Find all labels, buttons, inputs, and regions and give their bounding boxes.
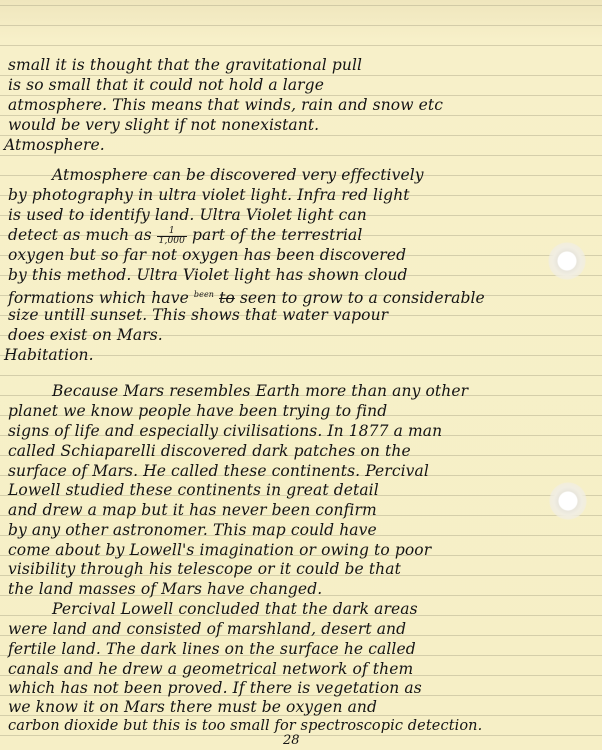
text-line: come about by Lowell's imagination or ow… — [8, 541, 596, 559]
text-fragment: formations which have — [8, 289, 189, 307]
section-heading-atmosphere: Atmosphere. — [4, 136, 596, 154]
text-line: canals and he drew a geometrical network… — [8, 660, 596, 678]
text-line: planet we know people have been trying t… — [8, 402, 596, 420]
text-line-with-fraction: detect as much as 1 1,000 part of the te… — [8, 226, 596, 246]
text-line-with-correction: formations which have been to seen to gr… — [8, 286, 596, 307]
text-fragment: detect as much as — [8, 226, 152, 244]
text-line: we know it on Mars there must be oxygen … — [8, 698, 596, 716]
text-line: Percival Lowell concluded that the dark … — [52, 600, 596, 618]
text-line: is used to identify land. Ultra Violet l… — [8, 206, 596, 224]
section-heading-habitation: Habitation. — [4, 346, 596, 364]
text-line: and drew a map but it has never been con… — [8, 501, 596, 519]
text-line: small it is thought that the gravitation… — [8, 56, 596, 74]
text-line: were land and consisted of marshland, de… — [8, 620, 596, 638]
text-line: is so small that it could not hold a lar… — [8, 76, 596, 94]
text-line: by this method. Ultra Violet light has s… — [8, 266, 596, 284]
fraction-denominator: 1,000 — [157, 237, 187, 246]
inserted-correction: been — [194, 290, 214, 299]
text-line: Because Mars resembles Earth more than a… — [52, 382, 596, 400]
fraction: 1 1,000 — [157, 227, 187, 246]
struck-word: to — [219, 289, 235, 307]
text-fragment: seen to grow to a considerable — [240, 289, 485, 307]
text-line: Atmosphere can be discovered very effect… — [52, 166, 596, 184]
fraction-numerator: 1 — [157, 227, 187, 237]
text-line: by photography in ultra violet light. In… — [8, 186, 596, 204]
text-line: signs of life and especially civilisatio… — [8, 422, 596, 440]
text-line: oxygen but so far not oxygen has been di… — [8, 246, 596, 264]
notebook-page: small it is thought that the gravitation… — [0, 0, 602, 750]
text-line: surface of Mars. He called these contine… — [8, 462, 596, 480]
text-line: by any other astronomer. This map could … — [8, 521, 596, 539]
text-line: atmosphere. This means that winds, rain … — [8, 96, 596, 114]
text-line: called Schiaparelli discovered dark patc… — [8, 442, 596, 460]
text-line: fertile land. The dark lines on the surf… — [8, 640, 596, 658]
text-line: carbon dioxide but this is too small for… — [8, 717, 596, 735]
page-number: 28 — [283, 733, 300, 748]
text-line: the land masses of Mars have changed. — [8, 580, 596, 598]
text-line: Lowell studied these continents in great… — [8, 481, 596, 499]
text-line: would be very slight if not nonexistant. — [8, 116, 596, 134]
text-line: size untill sunset. This shows that wate… — [8, 306, 596, 324]
text-line: visibility through his telescope or it c… — [8, 560, 596, 578]
text-line: does exist on Mars. — [8, 326, 596, 344]
text-fragment: part of the terrestrial — [192, 226, 362, 244]
text-line: which has not been proved. If there is v… — [8, 679, 596, 697]
